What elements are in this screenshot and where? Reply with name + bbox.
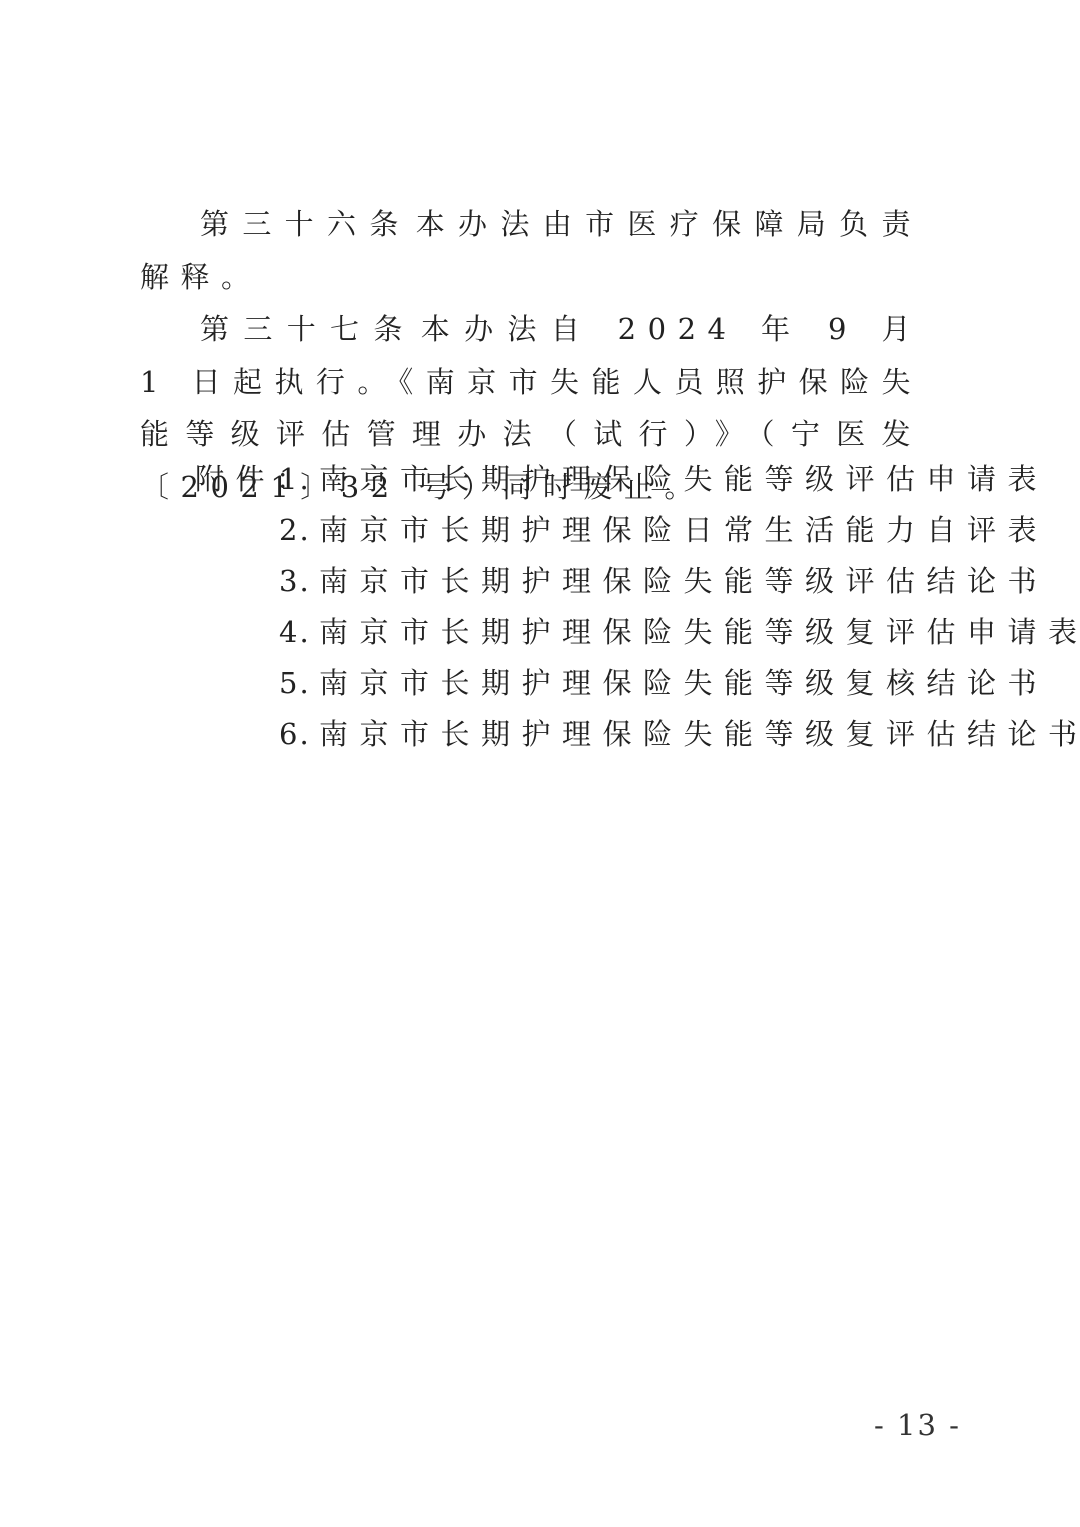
article-36-paragraph: 第三十六条本办法由市医疗保障局负责解释。 xyxy=(140,198,922,303)
attachment-number: 3. xyxy=(279,556,311,607)
article-number: 第三十七条 xyxy=(200,312,417,346)
attachment-number: 5. xyxy=(279,658,311,709)
attachment-title: 南京市长期护理保险失能等级复核结论书 xyxy=(319,658,1048,709)
attachment-number: 2. xyxy=(279,505,311,556)
document-page: 第三十六条本办法由市医疗保障局负责解释。 第三十七条本办法自 2024 年 9 … xyxy=(0,0,1080,1527)
page-number: - 13 - xyxy=(874,1408,961,1442)
attachment-title: 南京市长期护理保险日常生活能力自评表 xyxy=(319,505,1048,556)
attachment-title: 南京市长期护理保险失能等级复评估结论书 xyxy=(319,709,1080,760)
attachment-title: 南京市长期护理保险失能等级评估结论书 xyxy=(319,556,1048,607)
attachment-title: 南京市长期护理保险失能等级复评估申请表 xyxy=(319,607,1080,658)
article-number: 第三十六条 xyxy=(200,207,412,241)
attachment-number: 1. xyxy=(279,454,311,505)
attachment-number: 4. xyxy=(279,607,311,658)
attachment-title: 南京市长期护理保险失能等级评估申请表 xyxy=(319,454,1048,505)
attachment-number: 6. xyxy=(279,709,311,760)
